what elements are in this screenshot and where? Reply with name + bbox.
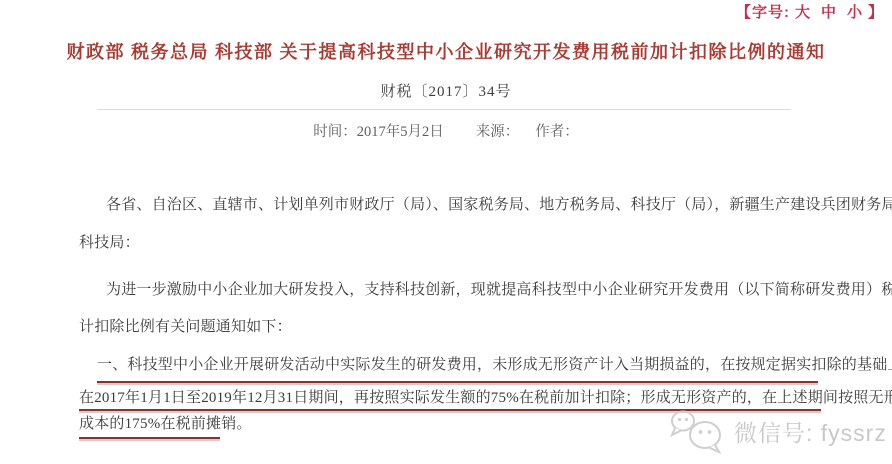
red-underline-1 bbox=[97, 381, 818, 383]
font-size-bar-open-bracket: 【 bbox=[736, 4, 752, 21]
font-size-large-button[interactable]: 大 bbox=[795, 4, 811, 21]
body-line-article1-1: 一、科技型中小企业开展研发活动中实际发生的研发费用，未形成无形资产计入当期损益的… bbox=[79, 356, 892, 374]
meta-time: 时间：2017年5月2日 bbox=[313, 124, 444, 140]
watermark-text: 微信号: fyssrz bbox=[734, 415, 887, 448]
body-line-article1-2: 在2017年1月1日至2019年12月31日期间，再按照实际发生额的75%在税前… bbox=[79, 389, 892, 407]
font-size-small-button[interactable]: 小 bbox=[847, 4, 863, 21]
wechat-watermark: 微信号: fyssrz bbox=[668, 408, 887, 454]
body-line-article1-3: 成本的175%在税前摊销。 bbox=[79, 415, 252, 433]
body-line-addressees-1: 各省、自治区、直辖市、计划单列市财政厅（局）、国家税务局、地方税务局、科技厅（局… bbox=[79, 196, 892, 214]
header-divider bbox=[97, 109, 791, 110]
article-title: 财政部 税务总局 科技部 关于提高科技型中小企业研究开发费用税前加计扣除比例的通… bbox=[0, 38, 892, 64]
body-line-intro-1: 为进一步激励中小企业加大研发投入，支持科技创新，现就提高科技型中小企业研究开发费… bbox=[79, 281, 892, 299]
body-line-addressees-2: 科技局： bbox=[79, 234, 140, 252]
font-size-medium-button[interactable]: 中 bbox=[821, 4, 837, 21]
wechat-icon bbox=[668, 408, 726, 454]
meta-time-label: 时间： bbox=[313, 124, 357, 140]
red-underline-3 bbox=[79, 437, 220, 439]
article-meta: 时间：2017年5月2日来源：作者： bbox=[0, 120, 892, 141]
meta-author-label: 作者： bbox=[535, 124, 579, 140]
font-size-bar: 【字号:大中小】 bbox=[736, 1, 884, 22]
document-number: 财税〔2017〕34号 bbox=[0, 80, 892, 101]
font-size-label: 字号: bbox=[752, 4, 790, 21]
meta-source-label: 来源： bbox=[476, 124, 520, 140]
font-size-bar-close-bracket: 】 bbox=[868, 4, 884, 21]
meta-time-value: 2017年5月2日 bbox=[357, 124, 444, 140]
body-line-intro-2: 计扣除比例有关问题通知如下： bbox=[79, 318, 292, 336]
article-page: 【字号:大中小】 财政部 税务总局 科技部 关于提高科技型中小企业研究开发费用税… bbox=[0, 0, 892, 464]
